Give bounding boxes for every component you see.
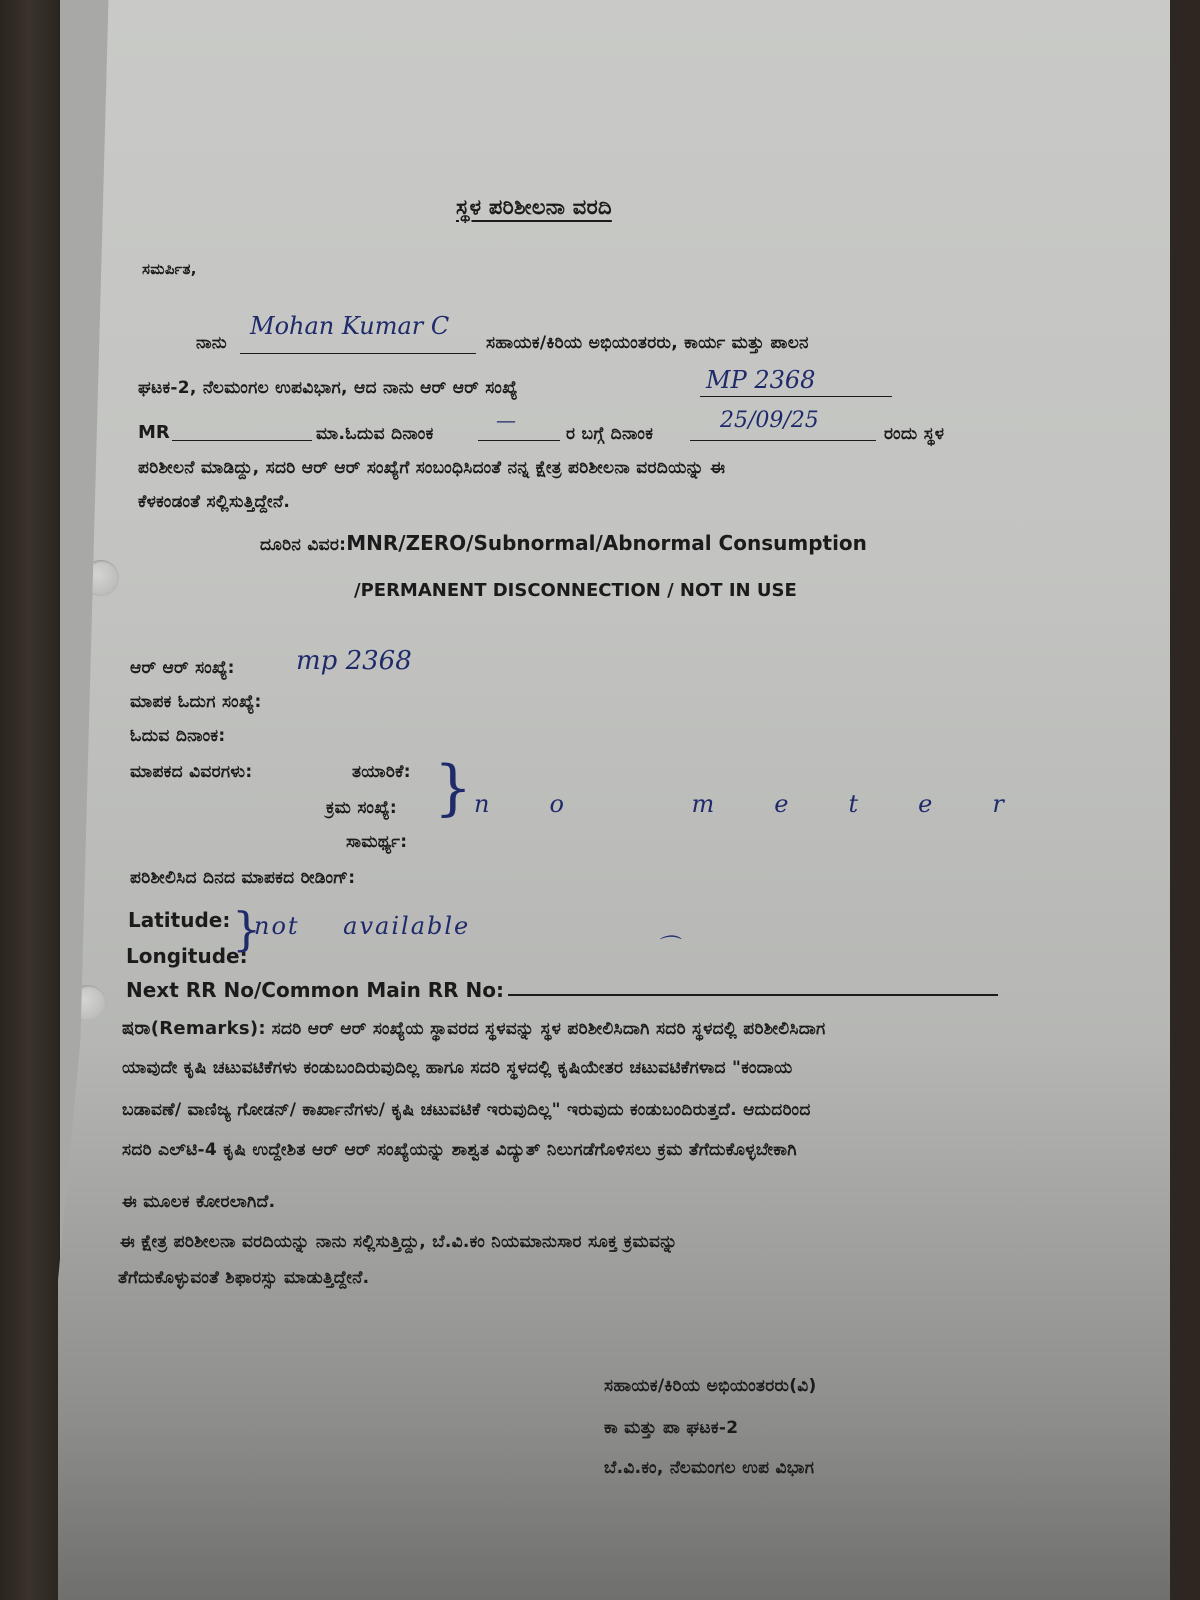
inspection-date-value: 25/09/25 [720,408,819,433]
rr-number-value: MP 2368 [706,366,815,394]
mr-blank [172,440,312,441]
reading-date-blank [478,440,560,441]
meter-details-value: no meter [474,790,1064,818]
capacity-label: ಸಾಮರ್ಥ್ಯ: [346,832,407,852]
latitude-label: Latitude: [128,908,230,932]
signature-designation: ಸಹಾಯಕ/ಕಿರಿಯ ಅಭಿಯಂತರರು(ವಿ) [604,1376,817,1396]
page-title: ಸ್ಥಳ ಪರಿಶೀಲನಾ ವರದಿ [456,195,612,220]
longitude-label: Longitude: [126,944,248,968]
remarks-line-5: ಈ ಮೂಲಕ ಕೋರಲಾಗಿದೆ. [122,1192,275,1212]
reading-date-field-label: ಓದುವ ದಿನಾಂಕ: [130,726,225,746]
intro-line1-prefix: ನಾನು [196,333,227,353]
inspection-date-label: ರ ಬಗ್ಗೆ ದಿನಾಂಕ [566,424,653,444]
rr-field-label: ಆರ್ ಆರ್ ಸಂಖ್ಯೆ: [130,658,235,678]
meter-reader-label: ಮಾಪಕ ಓದುಗ ಸಂಖ್ಯೆ: [130,692,262,712]
remarks-line-3: ಬಡಾವಣೆ/ ವಾಣಿಜ್ಯ ಗೋಡನ್/ ಕಾರ್ಖಾನೆಗಳು/ ಕೃಷಿ… [122,1100,811,1120]
next-rr-label: Next RR No/Common Main RR No: [126,978,504,1002]
handwritten-dash: ⌒ [656,930,678,961]
mr-label: MR [138,422,170,443]
intro-line4: ಪರಿಶೀಲನೆ ಮಾಡಿದ್ದು, ಸದರಿ ಆರ್ ಆರ್ ಸಂಖ್ಯೆಗೆ… [138,458,725,478]
intro-line2: ಘಟಕ-2, ನೆಲಮಂಗಲ ಉಪವಿಭಾಗ, ಆದ ನಾನು ಆರ್ ಆರ್ … [138,378,518,398]
make-label: ತಯಾರಿಕೆ: [352,762,411,782]
intro-line5: ಕೆಳಕಂಡಂತೆ ಸಲ್ಲಿಸುತ್ತಿದ್ದೇನೆ. [138,492,290,512]
next-rr-blank [508,994,998,996]
remarks-line-1: ಷರಾ(Remarks): ಸದರಿ ಆರ್ ಆರ್ ಸಂಖ್ಯೆಯ ಸ್ಥಾವ… [122,1018,826,1039]
rr-field-value: mp 2368 [296,646,412,676]
remarks-text-1: ಸದರಿ ಆರ್ ಆರ್ ಸಂಖ್ಯೆಯ ಸ್ಥಾವರದ ಸ್ಥಳವನ್ನು ಸ… [272,1019,826,1039]
reading-date-value: — [496,408,516,432]
remarks-line-4: ಸದರಿ ಎಲ್‌ಟಿ-4 ಕೃಷಿ ಉದ್ದೇಶಿತ ಆರ್ ಆರ್ ಸಂಖ್… [122,1140,797,1160]
officer-name-value: Mohan Kumar C [250,312,449,340]
serial-label: ಕ್ರಮ ಸಂಖ್ಯೆ: [326,798,397,818]
officer-name-blank [240,353,476,354]
latlong-value: not available [254,912,470,940]
intro-line1-suffix: ಸಹಾಯಕ/ಕಿರಿಯ ಅಭಿಯಂತರರು, ಕಾರ್ಯ ಮತ್ತು ಪಾಲನ [486,333,809,353]
inspection-date-blank [690,440,876,441]
desk-background [1170,0,1200,1600]
rr-number-blank [700,396,892,397]
recommendation-line-2: ತೆಗೆದುಕೊಳ್ಳುವಂತೆ ಶಿಫಾರಸ್ಸು ಮಾಡುತ್ತಿದ್ದೇನ… [118,1268,369,1288]
signature-office: ಬೆ.ವಿ.ಕಂ, ನೆಲಮಂಗಲ ಉಪ ವಿಭಾಗ [604,1458,814,1478]
complaint-types: MNR/ZERO/Subnormal/Abnormal Consumption [346,531,867,555]
complaint-line1: ದೂರಿನ ವಿವರ:MNR/ZERO/Subnormal/Abnormal C… [260,531,867,555]
reading-date-label: ಮಾ.ಓದುವ ದಿನಾಂಕ [316,424,434,444]
reading-on-day-label: ಪರಿಶೀಲಿಸಿದ ದಿನದ ಮಾಪಕದ ರೀಡಿಂಗ್: [130,868,355,888]
signature-unit: ಕಾ ಮತ್ತು ಪಾ ಘಟಕ-2 [604,1418,738,1438]
intro-line3-suffix: ರಂದು ಸ್ಥಳ [884,424,944,444]
complaint-label: ದೂರಿನ ವಿವರ: [260,535,346,555]
complaint-line2: /PERMANENT DISCONNECTION / NOT IN USE [354,580,797,601]
meter-details-label: ಮಾಪಕದ ವಿವರಗಳು: [130,762,252,782]
salutation: ಸಮರ್ಪಿತ, [142,260,197,278]
recommendation-line-1: ಈ ಕ್ಷೇತ್ರ ಪರಿಶೀಲನಾ ವರದಿಯನ್ನು ನಾನು ಸಲ್ಲಿಸ… [120,1232,678,1252]
remarks-label-kn: ಷರಾ(Remarks): [122,1018,266,1039]
remarks-line-2: ಯಾವುದೇ ಕೃಷಿ ಚಟುವಟಿಕೆಗಳು ಕಂಡುಬಂದಿರುವುದಿಲ್… [122,1058,792,1078]
handwritten-brace: } [434,758,472,818]
